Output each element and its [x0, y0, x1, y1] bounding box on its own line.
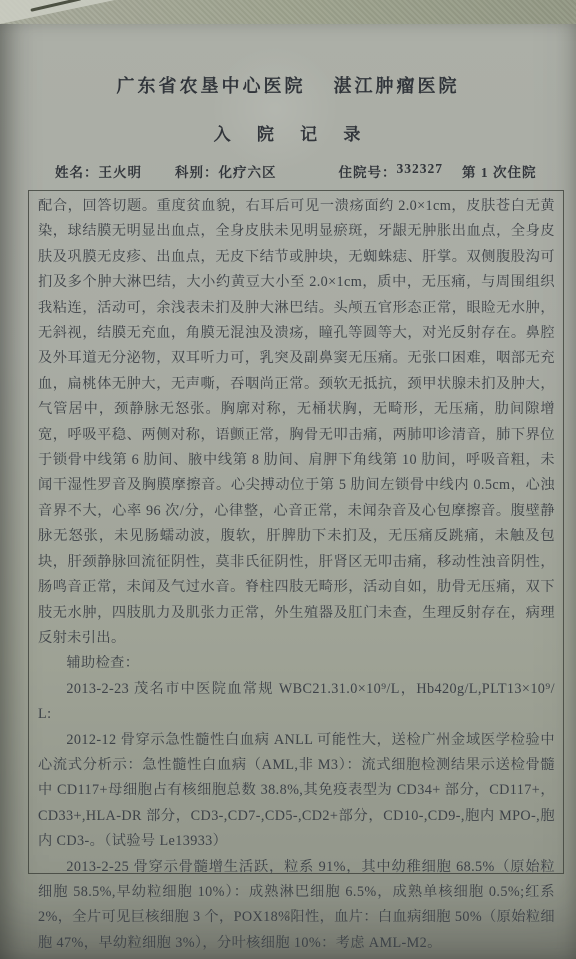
paper-page: 广东省农垦中心医院 湛江肿瘤医院 入 院 记 录 姓名： 王火明 科别： 化疗六…	[0, 24, 576, 959]
record-text-box: 配合，回答切题。重度贫血貌，右耳后可见一溃疡面约 2.0×1cm，皮肤苍白无黄染…	[28, 190, 564, 874]
admission-number-field: 住院号： 332327	[339, 161, 444, 181]
aux-exam-bone-marrow-2013: 2013-2-25 骨穿示骨髓增生活跃，粒系 91%，其中幼稚细胞 68.5%（…	[38, 855, 555, 957]
admission-count: 第 1 次住院	[462, 161, 537, 181]
aux-exam-blood-routine: 2013-2-23 茂名市中医院血常规 WBC21.31.0×10⁹/L，Hb4…	[38, 677, 555, 728]
physical-exam-continuation-paragraph: 配合，回答切题。重度贫血貌，右耳后可见一溃疡面约 2.0×1cm，皮肤苍白无黄染…	[38, 194, 555, 651]
department-value: 化疗六区	[219, 161, 277, 181]
patient-name-field: 姓名： 王火明	[55, 161, 142, 181]
patient-info-row: 姓名： 王火明 科别： 化疗六区 住院号： 332327 第 1 次住院	[55, 161, 562, 181]
aux-exam-bone-marrow-2012: 2012-12 骨穿示急性髓性白血病 ANLL 可能性大，送检广州金域医学检验中…	[38, 728, 555, 855]
aux-exam-heading: 辅助检查：	[38, 651, 555, 676]
page-number: 2	[0, 909, 576, 921]
hospital-name-left: 广东省农垦中心医院	[117, 72, 306, 98]
hospital-name-right: 湛江肿瘤医院	[334, 72, 460, 98]
admission-number-value: 332327	[397, 161, 444, 181]
patient-name-label: 姓名：	[55, 161, 99, 181]
document-photo: 广东省农垦中心医院 湛江肿瘤医院 入 院 记 录 姓名： 王火明 科别： 化疗六…	[0, 0, 576, 959]
admission-number-label: 住院号：	[339, 161, 397, 181]
hospital-name: 广东省农垦中心医院 湛江肿瘤医院	[0, 72, 576, 98]
patient-name-value: 王火明	[99, 161, 143, 181]
document-title: 入 院 记 录	[0, 120, 576, 145]
department-label: 科别：	[175, 161, 219, 181]
department-field: 科别： 化疗六区	[175, 161, 277, 181]
